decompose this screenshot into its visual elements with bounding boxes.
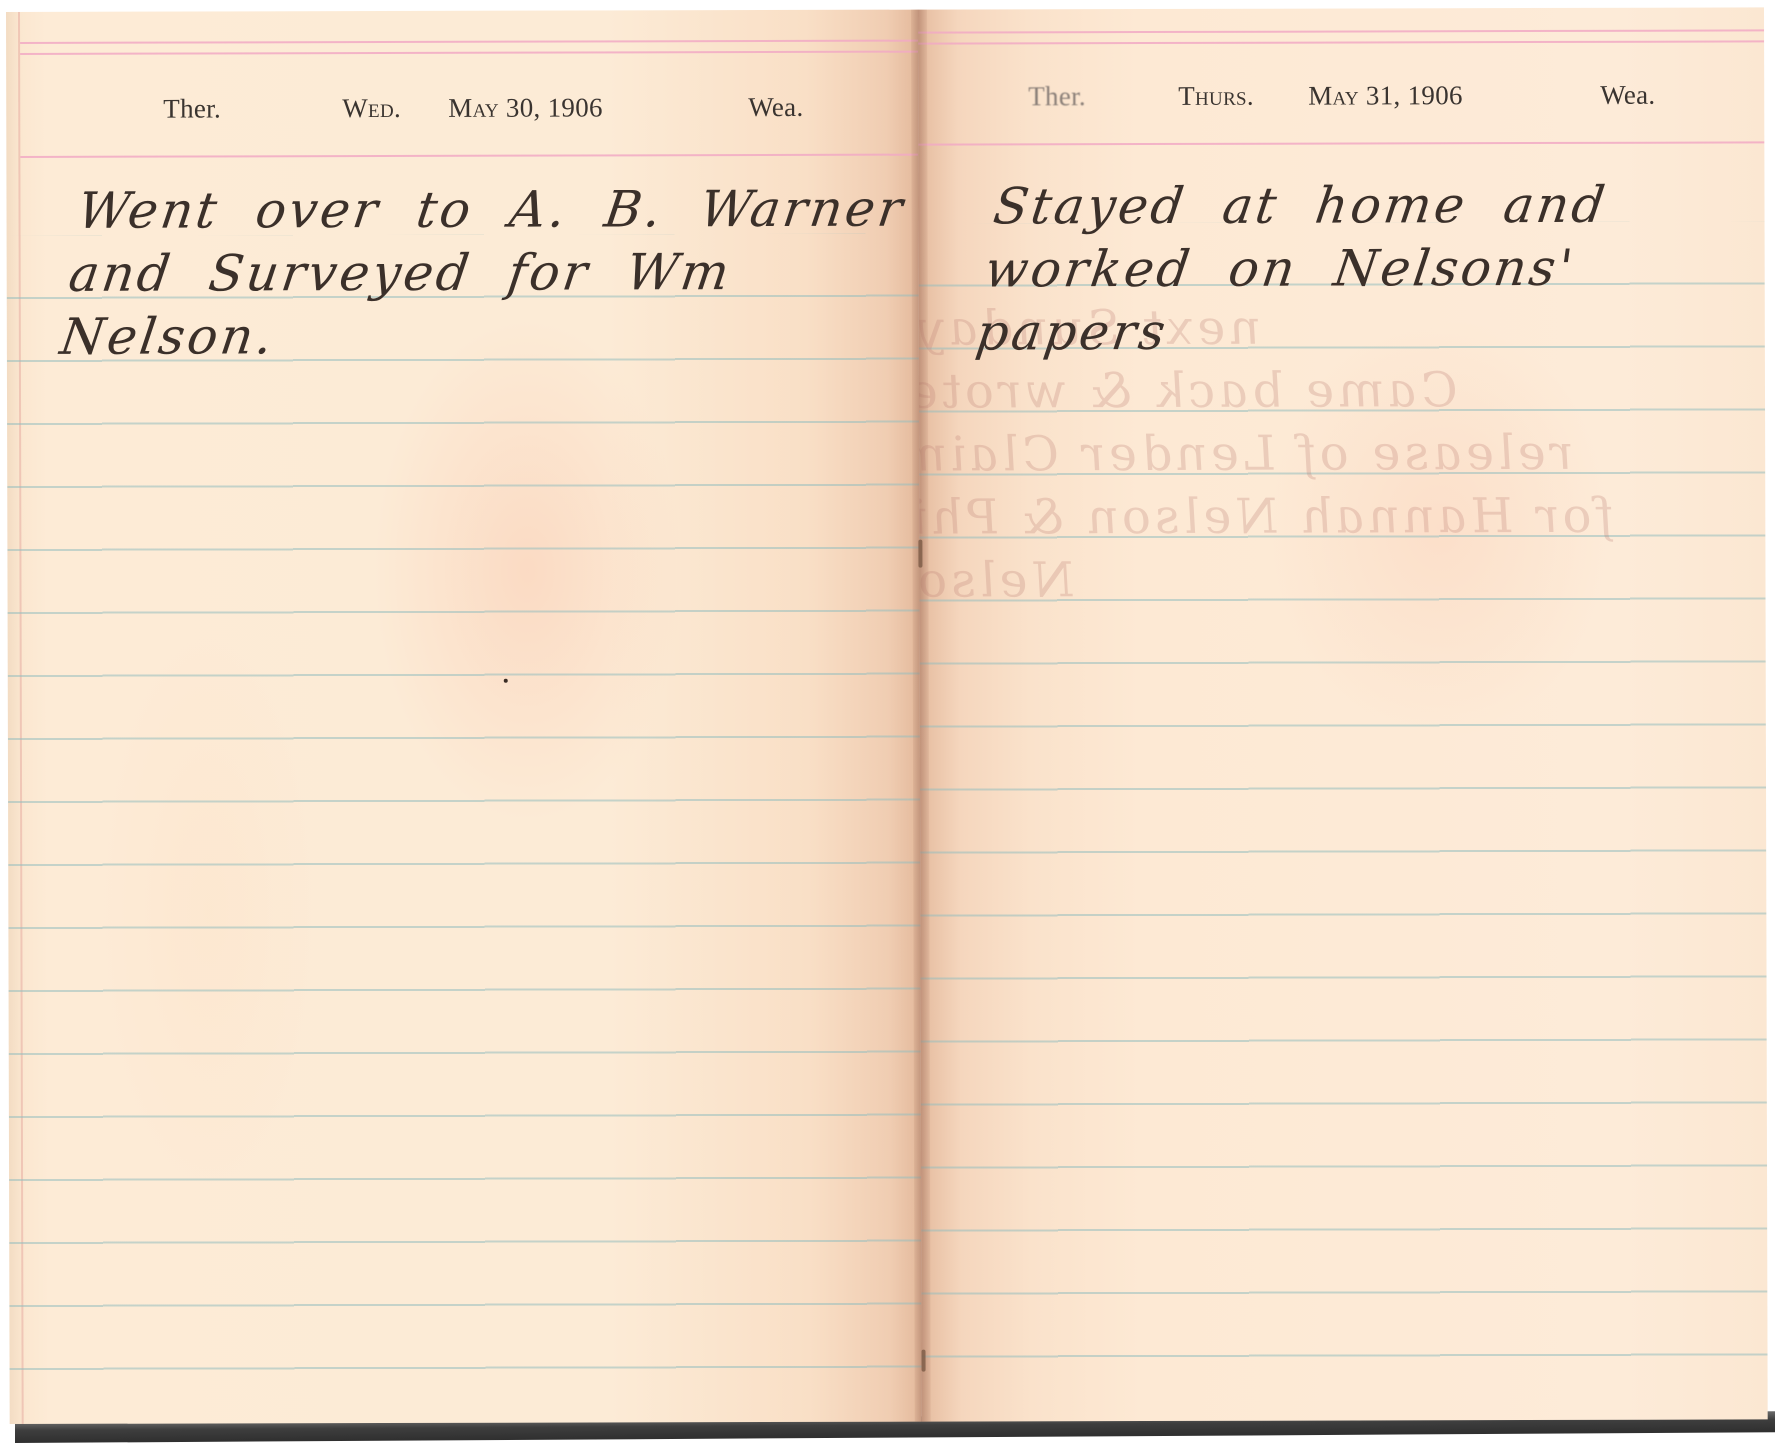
right-page-header: Ther. Thurs. May 31, 1906 Wea.	[918, 79, 1764, 121]
right-page-entry: Stayed at home and worked on Nelsons' pa…	[972, 174, 1611, 365]
bleed-line: release of Lender Claim	[918, 422, 1661, 487]
day-label: Wed.	[342, 93, 401, 124]
entry-line: and Surveyed for Wm	[65, 241, 900, 306]
top-double-rule-2	[20, 51, 918, 55]
bleed-line: for Hannah Nelson & Phil	[918, 485, 1653, 550]
top-double-rule-1	[20, 40, 918, 44]
date-label: May 31, 1906	[1308, 80, 1463, 111]
date-label: May 30, 1906	[448, 92, 603, 123]
ink-speck	[504, 679, 508, 683]
entry-line: Stayed at home and	[990, 174, 1612, 239]
diary-scan: Ther. Wed. May 30, 1906 Wea. Went over t…	[0, 0, 1778, 1443]
day-label: Thurs.	[1178, 81, 1254, 112]
left-page-entry: Went over to A. B. Warner and Surveyed f…	[56, 178, 909, 369]
left-page: Ther. Wed. May 30, 1906 Wea. Went over t…	[6, 10, 922, 1424]
header-rule	[918, 141, 1764, 145]
diary-spread: Ther. Wed. May 30, 1906 Wea. Went over t…	[6, 7, 1768, 1424]
ruled-lines	[7, 234, 922, 1386]
header-rule	[20, 154, 918, 158]
left-page-header: Ther. Wed. May 30, 1906 Wea.	[6, 92, 918, 134]
entry-line: Nelson.	[56, 304, 891, 369]
binding-stitch	[922, 1350, 926, 1372]
bleed-line: Nelson	[918, 548, 1644, 613]
wea-label: Wea.	[748, 92, 803, 123]
ther-label: Ther.	[1028, 81, 1086, 112]
entry-line: papers	[972, 300, 1594, 365]
entry-line: worked on Nelsons'	[981, 237, 1603, 302]
bleed-line: Came back & wrote	[918, 359, 1670, 424]
ther-label: Ther.	[163, 93, 221, 124]
top-double-rule-2	[918, 40, 1764, 44]
right-page: next Sunday Came back & wrote release of…	[918, 7, 1768, 1421]
binding-stitch	[918, 540, 922, 568]
top-double-rule-1	[918, 29, 1764, 33]
entry-line: Went over to A. B. Warner	[74, 178, 909, 243]
wea-label: Wea.	[1600, 80, 1655, 111]
